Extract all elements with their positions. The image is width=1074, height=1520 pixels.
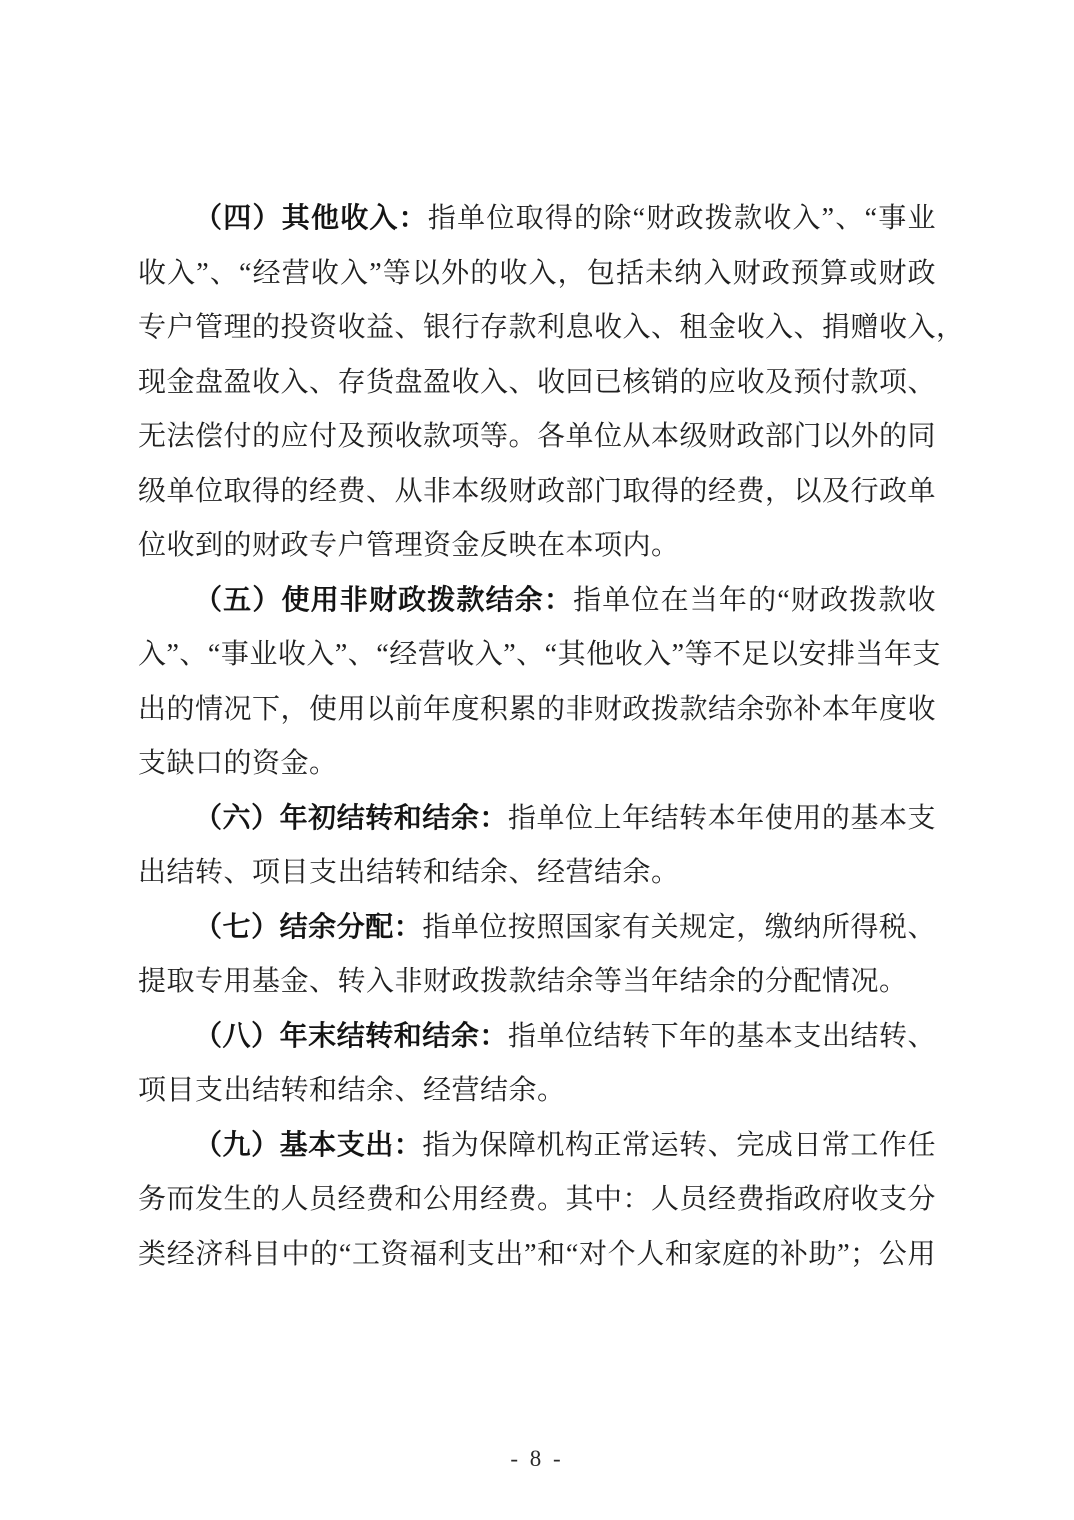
text-line: 项目支出结转和结余、经营结余。: [138, 1064, 936, 1119]
paragraph: （八）年末结转和结余：指单位结转下年的基本支出结转、项目支出结转和结余、经营结余…: [138, 1010, 936, 1119]
text-line: （四）其他收入：指单位取得的除“财政拨款收入”、“事业: [138, 192, 936, 247]
text-line: 专户管理的投资收益、银行存款利息收入、租金收入、捐赠收入，: [138, 301, 936, 356]
document-body: （四）其他收入：指单位取得的除“财政拨款收入”、“事业收入”、“经营收入”等以外…: [138, 192, 936, 1282]
text-line: 务而发生的人员经费和公用经费。其中：人员经费指政府收支分: [138, 1173, 936, 1228]
text-line: （五）使用非财政拨款结余：指单位在当年的“财政拨款收: [138, 574, 936, 629]
paragraph: （七）结余分配：指单位按照国家有关规定，缴纳所得税、提取专用基金、转入非财政拨款…: [138, 901, 936, 1010]
text-line: 入”、“事业收入”、“经营收入”、“其他收入”等不足以安排当年支: [138, 628, 936, 683]
term-heading: （九）基本支出：: [194, 1130, 422, 1161]
term-heading: （四）其他收入：: [194, 203, 428, 234]
page-footer: - 8 -: [0, 1446, 1074, 1472]
text-line: （七）结余分配：指单位按照国家有关规定，缴纳所得税、: [138, 901, 936, 956]
text-line: 现金盘盈收入、存货盘盈收入、收回已核销的应收及预付款项、: [138, 356, 936, 411]
text-line: 级单位取得的经费、从非本级财政部门取得的经费，以及行政单: [138, 465, 936, 520]
paragraph: （五）使用非财政拨款结余：指单位在当年的“财政拨款收入”、“事业收入”、“经营收…: [138, 574, 936, 792]
text-line: 提取专用基金、转入非财政拨款结余等当年结余的分配情况。: [138, 955, 936, 1010]
paragraph: （四）其他收入：指单位取得的除“财政拨款收入”、“事业收入”、“经营收入”等以外…: [138, 192, 936, 574]
text-line: 出的情况下，使用以前年度积累的非财政拨款结余弥补本年度收: [138, 683, 936, 738]
page-number: - 8 -: [510, 1446, 563, 1471]
text-line: 类经济科目中的“工资福利支出”和“对个人和家庭的补助”；公用: [138, 1228, 936, 1283]
text-line: （九）基本支出：指为保障机构正常运转、完成日常工作任: [138, 1119, 936, 1174]
text-line: （六）年初结转和结余：指单位上年结转本年使用的基本支: [138, 792, 936, 847]
paragraph: （九）基本支出：指为保障机构正常运转、完成日常工作任务而发生的人员经费和公用经费…: [138, 1119, 936, 1283]
text-line: 位收到的财政专户管理资金反映在本项内。: [138, 519, 936, 574]
term-heading: （八）年末结转和结余：: [194, 1021, 508, 1052]
text-line: （八）年末结转和结余：指单位结转下年的基本支出结转、: [138, 1010, 936, 1065]
term-heading: （六）年初结转和结余：: [194, 803, 508, 834]
document-page: （四）其他收入：指单位取得的除“财政拨款收入”、“事业收入”、“经营收入”等以外…: [0, 0, 1074, 1520]
text-line: 出结转、项目支出结转和结余、经营结余。: [138, 846, 936, 901]
term-heading: （五）使用非财政拨款结余：: [194, 585, 573, 616]
text-line: 支缺口的资金。: [138, 737, 936, 792]
term-heading: （七）结余分配：: [194, 912, 422, 943]
text-line: 无法偿付的应付及预收款项等。各单位从本级财政部门以外的同: [138, 410, 936, 465]
paragraph: （六）年初结转和结余：指单位上年结转本年使用的基本支出结转、项目支出结转和结余、…: [138, 792, 936, 901]
text-line: 收入”、“经营收入”等以外的收入，包括未纳入财政预算或财政: [138, 247, 936, 302]
